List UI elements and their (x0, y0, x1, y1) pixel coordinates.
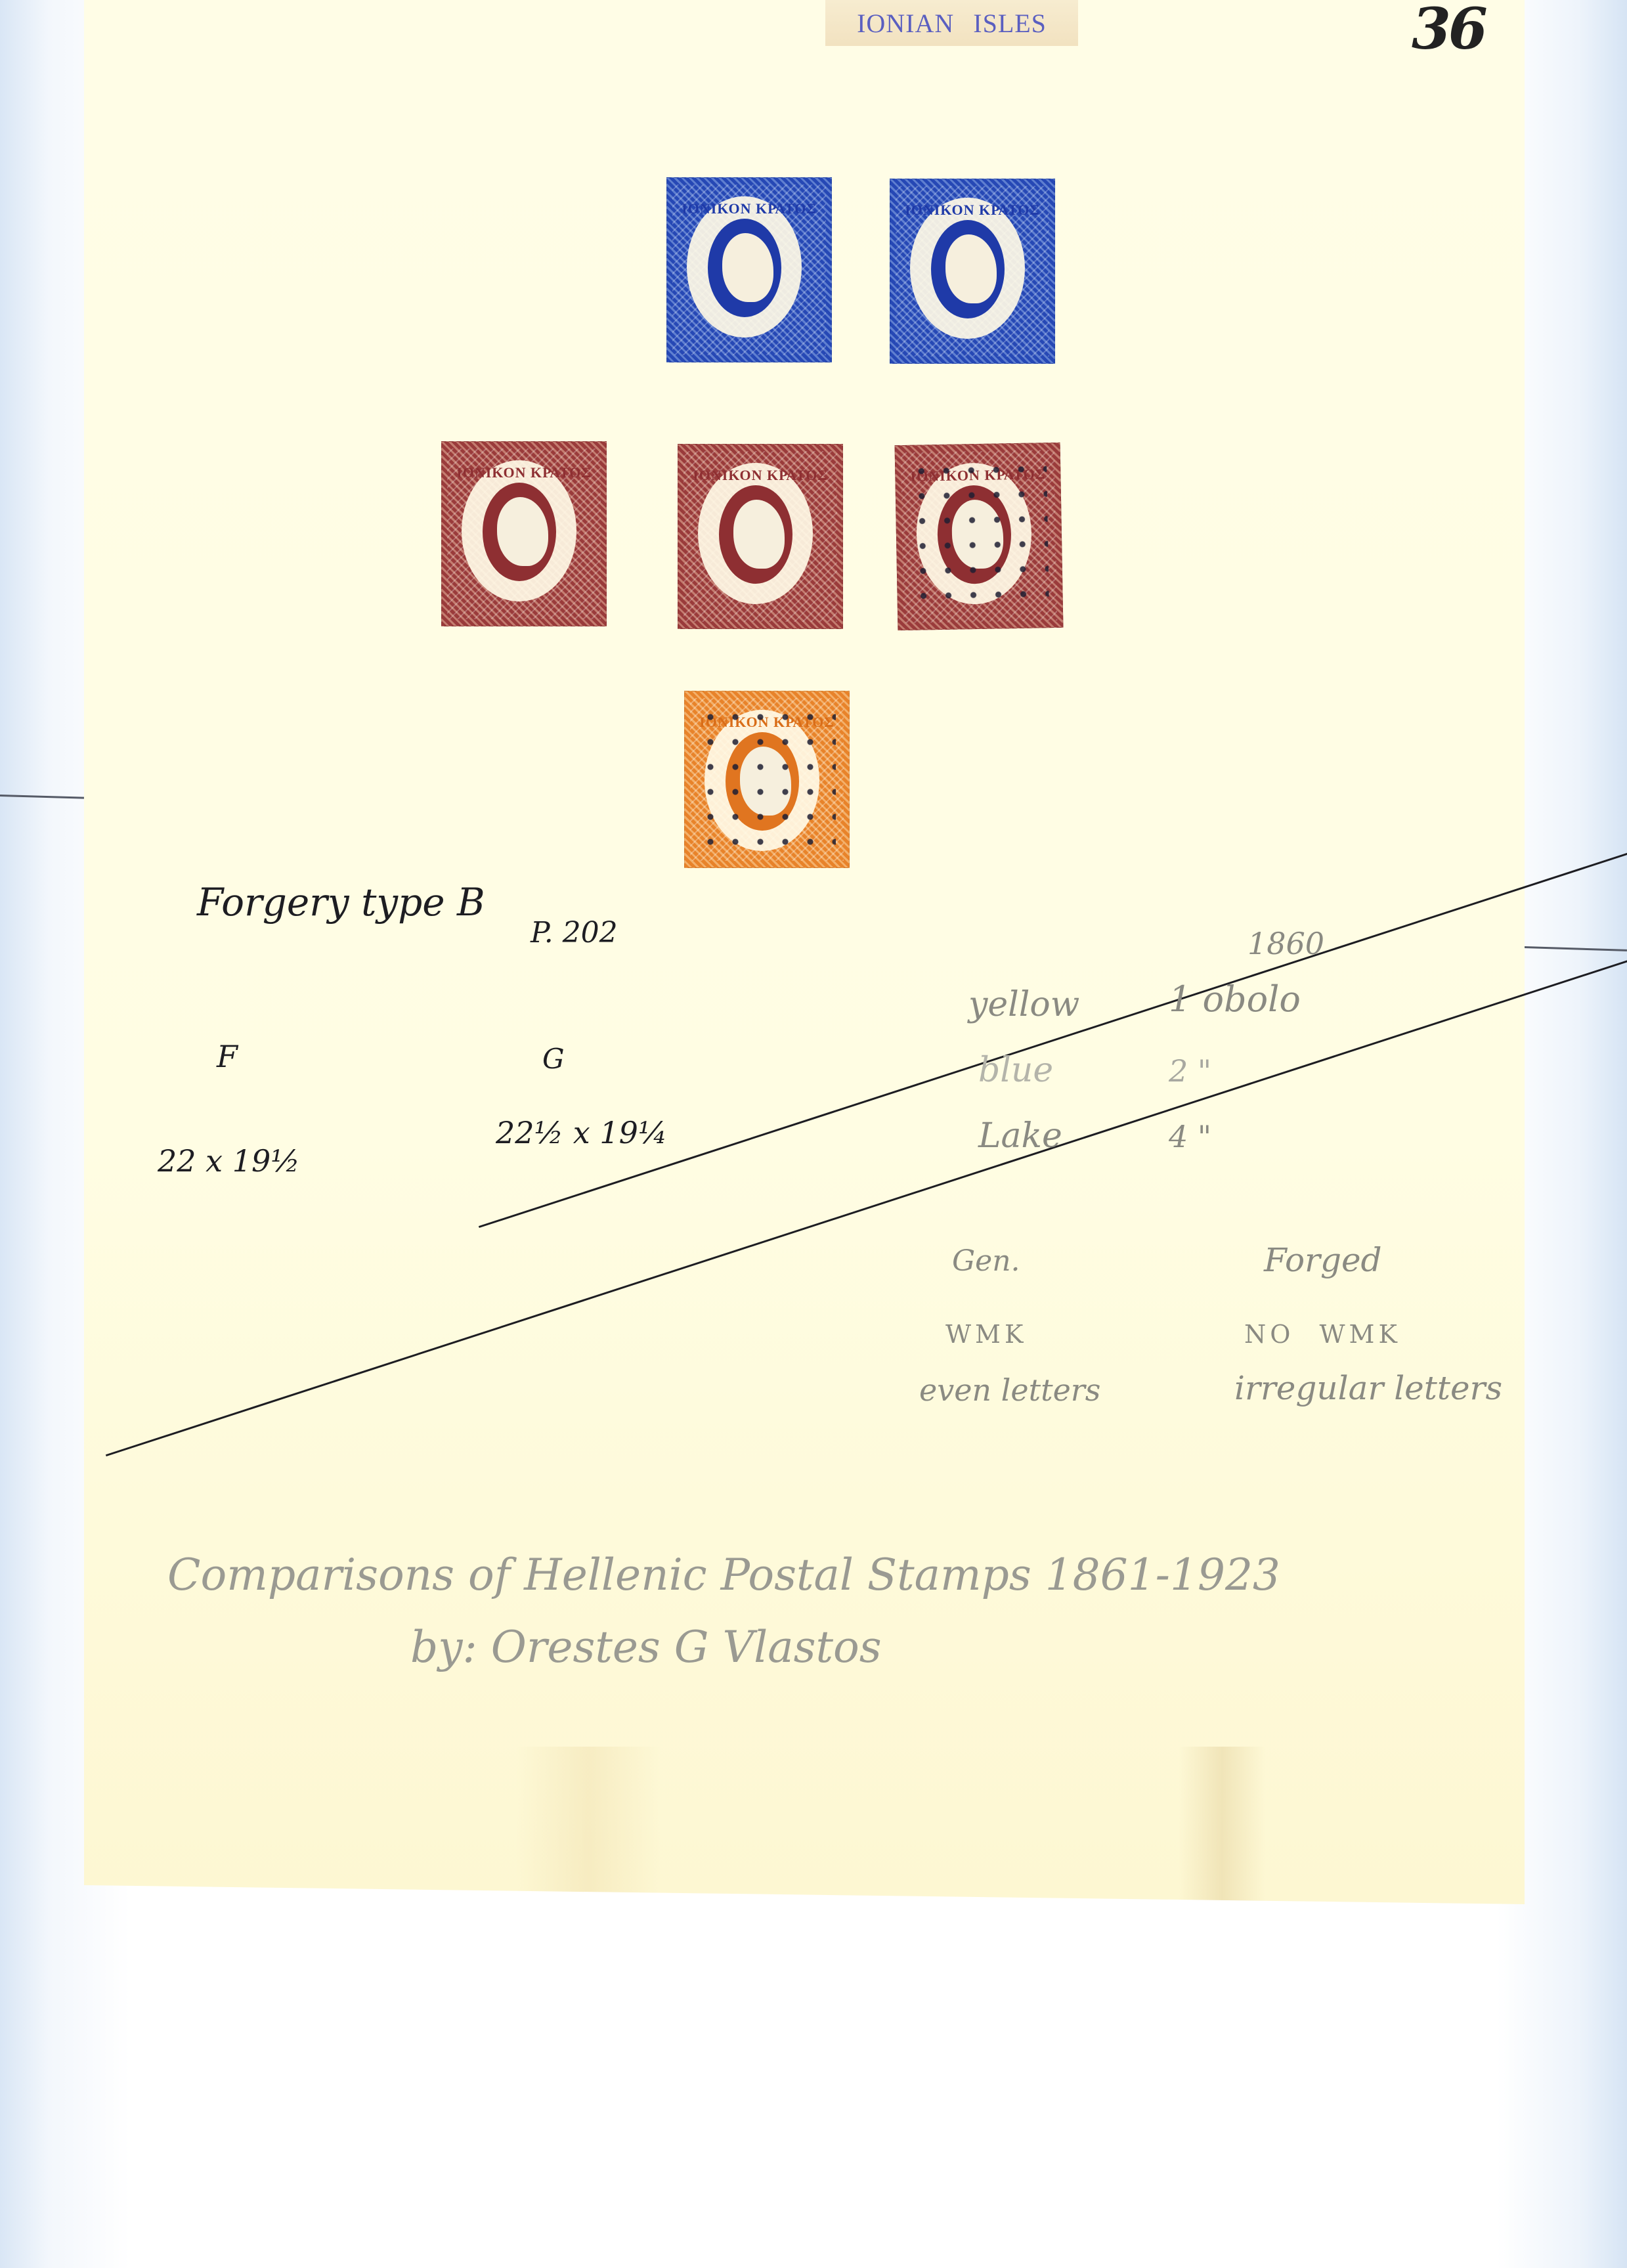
stamp-inscription: ΙΟΝΙΚΟΝ ΚΡΑΤΟΣ (678, 467, 842, 484)
forged-letters: irregular letters (1234, 1369, 1502, 1407)
issue-color-blue: blue (978, 1051, 1053, 1090)
country-label: IONIAN ISLES (825, 0, 1078, 46)
stamp-blue-1: ΙΟΝΙΚΟΝ ΚΡΑΤΟΣ (666, 177, 832, 362)
issue-year: 1860 (1247, 926, 1324, 961)
type-f-size-struck: 22 x 19½ (158, 1143, 1627, 1179)
caption-title: Comparisons of Hellenic Postal Stamps 18… (167, 1550, 1280, 1600)
issue-value-yellow: 1 obolo (1169, 978, 1301, 1020)
type-g-size: 22½ x 19¼ (496, 1115, 667, 1150)
type-f-label: F (217, 1039, 238, 1074)
type-g-label: G (542, 1043, 565, 1075)
stamp-inscription: ΙΟΝΙΚΟΝ ΚΡΑΤΟΣ (442, 464, 606, 481)
cancellation-dots (698, 705, 836, 854)
genuine-heading: Gen. (952, 1244, 1020, 1278)
stamp-orange-1: ΙΟΝΙΚΟΝ ΚΡΑΤΟΣ (684, 691, 850, 868)
issue-value-blue: 2 " (1169, 1053, 1211, 1089)
caption-author: by: Orestes G Vlastos (410, 1622, 882, 1672)
issue-color-lake: Lake (978, 1116, 1062, 1156)
stamp-lake-2: ΙΟΝΙΚΟΝ ΚΡΑΤΟΣ (678, 444, 843, 629)
stamp-inscription: ΙΟΝΙΚΟΝ ΚΡΑΤΟΣ (890, 202, 1054, 219)
stamp-lake-1: ΙΟΝΙΚΟΝ ΚΡΑΤΟΣ (441, 441, 607, 626)
stamp-lake-3: ΙΟΝΙΚΟΝ ΚΡΑΤΟΣ (895, 443, 1064, 630)
stamp-inscription: ΙΟΝΙΚΟΝ ΚΡΑΤΟΣ (667, 200, 831, 217)
issue-value-lake: 4 " (1169, 1119, 1211, 1154)
genuine-letters: even letters (919, 1372, 1100, 1408)
issue-color-yellow: yellow (968, 985, 1079, 1024)
stamp-blue-2: ΙΟΝΙΚΟΝ ΚΡΑΤΟΣ (890, 179, 1055, 364)
page-number: 36 (1412, 0, 1485, 62)
forged-heading: Forged (1264, 1241, 1382, 1279)
cancellation-dots (909, 456, 1049, 617)
forgery-title: Forgery type B (197, 880, 485, 925)
genuine-watermark: WMK (945, 1320, 1027, 1349)
background-sheet-edge-left (0, 795, 84, 799)
forged-watermark: NO WMK (1244, 1320, 1401, 1349)
forgery-reference-struck: P. 202 (531, 916, 1627, 949)
